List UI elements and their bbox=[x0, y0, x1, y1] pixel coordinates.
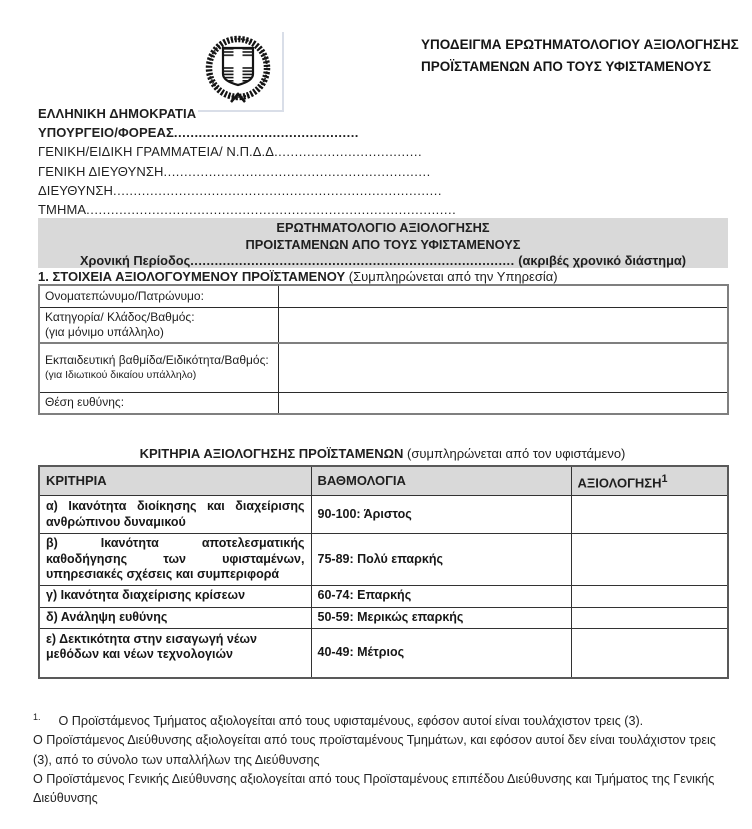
criteria-heading-bold: ΚΡΙΤΗΡΙΑ ΑΞΙΟΛΟΓΗΣΗΣ ΠΡΟΪΣΤΑΜΕΝΩΝ bbox=[140, 446, 404, 461]
field-directorate-label: ΔΙΕΥΘΥΝΣΗ bbox=[38, 183, 113, 198]
evaluation-cell[interactable] bbox=[571, 496, 728, 534]
section1-heading: 1. ΣΤΟΙΧΕΙΑ ΑΞΙΟΛΟΓΟΥΜΕΝΟΥ ΠΡΟΪΣΤΑΜΕΝΟΥ … bbox=[38, 269, 558, 284]
field-ministry: ΥΠΟΥΡΓΕΙΟ/ΦΟΡΕΑΣ........................… bbox=[38, 123, 458, 142]
banner-title-line1: ΕΡΩΤΗΜΑΤΟΛΟΓΙΟ ΑΞΙΟΛΟΓΗΣΗΣ bbox=[38, 220, 728, 237]
criterion-cell: β) Ικανότητα αποτελεσματικής καθοδήγησης… bbox=[39, 534, 311, 586]
criterion-cell: δ) Ανάληψη ευθύνης bbox=[39, 607, 311, 628]
detail-label-category: Κατηγορία/ Κλάδος/Βαθμός:(για μόνιμο υπά… bbox=[39, 307, 278, 343]
criterion-cell: ε) Δεκτικότητα στην εισαγωγή νέων μεθόδω… bbox=[39, 628, 311, 678]
scale-cell: 90-100: Άριστος bbox=[311, 496, 571, 534]
criterion-cell: γ) Ικανότητα διαχείρισης κρίσεων bbox=[39, 585, 311, 607]
scale-cell: 60-74: Επαρκής bbox=[311, 585, 571, 607]
footnote-marker: 1. bbox=[33, 712, 41, 722]
table-row: Εκπαιδευτική βαθμίδα/Ειδικότητα/Βαθμός:(… bbox=[39, 343, 728, 393]
evaluation-cell[interactable] bbox=[571, 628, 728, 678]
footnote-paragraph-1: 1.Ο Προϊστάμενος Τμήματος αξιολογείται α… bbox=[33, 708, 719, 731]
column-header-criteria: ΚΡΙΤΗΡΙΑ bbox=[39, 466, 311, 496]
evaluation-cell[interactable] bbox=[571, 607, 728, 628]
criteria-row-e: ε) Δεκτικότητα στην εισαγωγή νέων μεθόδω… bbox=[39, 628, 728, 678]
table-row: Ονοματεπώνυμο/Πατρώνυμο: bbox=[39, 285, 728, 307]
field-directorate-fill[interactable]: ........................................… bbox=[113, 183, 442, 198]
detail-label-education: Εκπαιδευτική βαθμίδα/Ειδικότητα/Βαθμός:(… bbox=[39, 343, 278, 393]
field-secretariat: ΓΕΝΙΚΗ/ΕΙΔΙΚΗ ΓΡΑΜΜΑΤΕΙΑ/ Ν.Π.Δ.Δ.......… bbox=[38, 142, 458, 161]
footnote-paragraph-2: Ο Προϊστάμενος Διεύθυνσης αξιολογείται α… bbox=[33, 731, 719, 769]
banner-period-line: Χρονική Περίοδος........................… bbox=[38, 253, 728, 270]
greek-coat-of-arms-icon bbox=[198, 32, 284, 112]
footnote: 1.Ο Προϊστάμενος Τμήματος αξιολογείται α… bbox=[33, 708, 719, 808]
field-ministry-label: ΥΠΟΥΡΓΕΙΟ/ΦΟΡΕΑΣ bbox=[38, 125, 174, 140]
field-directorate: ΔΙΕΥΘΥΝΣΗ...............................… bbox=[38, 181, 458, 200]
letterhead-country: ΕΛΛΗΝΙΚΗ ΔΗΜΟΚΡΑΤΙΑ bbox=[38, 104, 458, 123]
document-title-line2: ΠΡΟΪΣΤΑΜΕΝΩΝ ΑΠΟ ΤΟΥΣ ΥΦΙΣΤΑΜΕΝΟΥΣ bbox=[421, 56, 741, 78]
criteria-row-a: α) Ικανότητα διοίκησης και διαχείρισης α… bbox=[39, 496, 728, 534]
detail-value-category[interactable] bbox=[278, 307, 728, 343]
scale-cell: 50-59: Μερικώς επαρκής bbox=[311, 607, 571, 628]
letterhead: ΕΛΛΗΝΙΚΗ ΔΗΜΟΚΡΑΤΙΑ ΥΠΟΥΡΓΕΙΟ/ΦΟΡΕΑΣ....… bbox=[38, 104, 458, 219]
detail-label-name: Ονοματεπώνυμο/Πατρώνυμο: bbox=[39, 285, 278, 307]
banner-title-line2: ΠΡΟΙΣΤΑΜΕΝΩΝ ΑΠΟ ΤΟΥΣ ΥΦΙΣΤΑΜΕΝΟΥΣ bbox=[38, 237, 728, 254]
field-general-directorate: ΓΕΝΙΚΗ ΔΙΕΥΘΥΝΣΗ........................… bbox=[38, 162, 458, 181]
questionnaire-banner: ΕΡΩΤΗΜΑΤΟΛΟΓΙΟ ΑΞΙΟΛΟΓΗΣΗΣ ΠΡΟΙΣΤΑΜΕΝΩΝ … bbox=[38, 218, 728, 268]
column-header-evaluation: ΑΞΙΟΛΟΓΗΣΗ1 bbox=[571, 466, 728, 496]
detail-value-name[interactable] bbox=[278, 285, 728, 307]
field-secretariat-label: ΓΕΝΙΚΗ/ΕΙΔΙΚΗ ΓΡΑΜΜΑΤΕΙΑ/ Ν.Π.Δ.Δ bbox=[38, 144, 274, 159]
field-department: ΤΜΗΜΑ...................................… bbox=[38, 200, 458, 219]
evaluation-cell[interactable] bbox=[571, 534, 728, 586]
document-title-line1: ΥΠΟΔΕΙΓΜΑ ΕΡΩΤΗΜΑΤΟΛΟΓΙΟΥ ΑΞΙΟΛΟΓΗΣΗΣ bbox=[421, 34, 741, 56]
criteria-row-b: β) Ικανότητα αποτελεσματικής καθοδήγησης… bbox=[39, 534, 728, 586]
footnote-reference: 1 bbox=[661, 473, 667, 485]
document-title: ΥΠΟΔΕΙΓΜΑ ΕΡΩΤΗΜΑΤΟΛΟΓΙΟΥ ΑΞΙΟΛΟΓΗΣΗΣ ΠΡ… bbox=[421, 34, 741, 78]
section1-heading-note: (Συμπληρώνεται από την Υπηρεσία) bbox=[345, 269, 557, 284]
period-note: (ακριβές χρονικό διάστημα) bbox=[515, 253, 686, 268]
table-row: Κατηγορία/ Κλάδος/Βαθμός:(για μόνιμο υπά… bbox=[39, 307, 728, 343]
field-secretariat-fill[interactable]: .................................... bbox=[274, 144, 422, 159]
criteria-header-row: ΚΡΙΤΗΡΙΑ ΒΑΘΜΟΛΟΓΙΑ ΑΞΙΟΛΟΓΗΣΗ1 bbox=[39, 466, 728, 496]
evaluation-cell[interactable] bbox=[571, 585, 728, 607]
criteria-heading-note: (συμπληρώνεται από τον υφιστάμενο) bbox=[403, 446, 625, 461]
scale-cell: 75-89: Πολύ επαρκής bbox=[311, 534, 571, 586]
field-general-directorate-fill[interactable]: ........................................… bbox=[163, 164, 430, 179]
table-row: Θέση ευθύνης: bbox=[39, 393, 728, 414]
detail-value-position[interactable] bbox=[278, 393, 728, 414]
column-header-score: ΒΑΘΜΟΛΟΓΙΑ bbox=[311, 466, 571, 496]
criterion-cell: α) Ικανότητα διοίκησης και διαχείρισης α… bbox=[39, 496, 311, 534]
scale-cell: 40-49: Μέτριος bbox=[311, 628, 571, 678]
period-fill[interactable]: ........................................… bbox=[190, 253, 514, 268]
detail-label-position: Θέση ευθύνης: bbox=[39, 393, 278, 414]
detail-value-education[interactable] bbox=[278, 343, 728, 393]
document-page: ΥΠΟΔΕΙΓΜΑ ΕΡΩΤΗΜΑΤΟΛΟΓΙΟΥ ΑΞΙΟΛΟΓΗΣΗΣ ΠΡ… bbox=[0, 0, 752, 829]
supervisor-details-table: Ονοματεπώνυμο/Πατρώνυμο: Κατηγορία/ Κλάδ… bbox=[38, 284, 729, 415]
field-ministry-fill[interactable]: ........................................… bbox=[174, 125, 359, 140]
field-general-directorate-label: ΓΕΝΙΚΗ ΔΙΕΥΘΥΝΣΗ bbox=[38, 164, 163, 179]
field-department-label: ΤΜΗΜΑ bbox=[38, 202, 86, 217]
criteria-row-d: δ) Ανάληψη ευθύνης 50-59: Μερικώς επαρκή… bbox=[39, 607, 728, 628]
field-department-fill[interactable]: ........................................… bbox=[86, 202, 456, 217]
criteria-table: ΚΡΙΤΗΡΙΑ ΒΑΘΜΟΛΟΓΙΑ ΑΞΙΟΛΟΓΗΣΗ1 α) Ικανό… bbox=[38, 465, 729, 679]
footnote-paragraph-3: Ο Προϊστάμενος Γενικής Διεύθυνσης αξιολο… bbox=[33, 770, 719, 808]
criteria-heading: ΚΡΙΤΗΡΙΑ ΑΞΙΟΛΟΓΗΣΗΣ ΠΡΟΪΣΤΑΜΕΝΩΝ (συμπλ… bbox=[38, 446, 727, 461]
period-label: Χρονική Περίοδος bbox=[80, 253, 190, 268]
section1-heading-bold: 1. ΣΤΟΙΧΕΙΑ ΑΞΙΟΛΟΓΟΥΜΕΝΟΥ ΠΡΟΪΣΤΑΜΕΝΟΥ bbox=[38, 269, 345, 284]
criteria-row-c: γ) Ικανότητα διαχείρισης κρίσεων 60-74: … bbox=[39, 585, 728, 607]
